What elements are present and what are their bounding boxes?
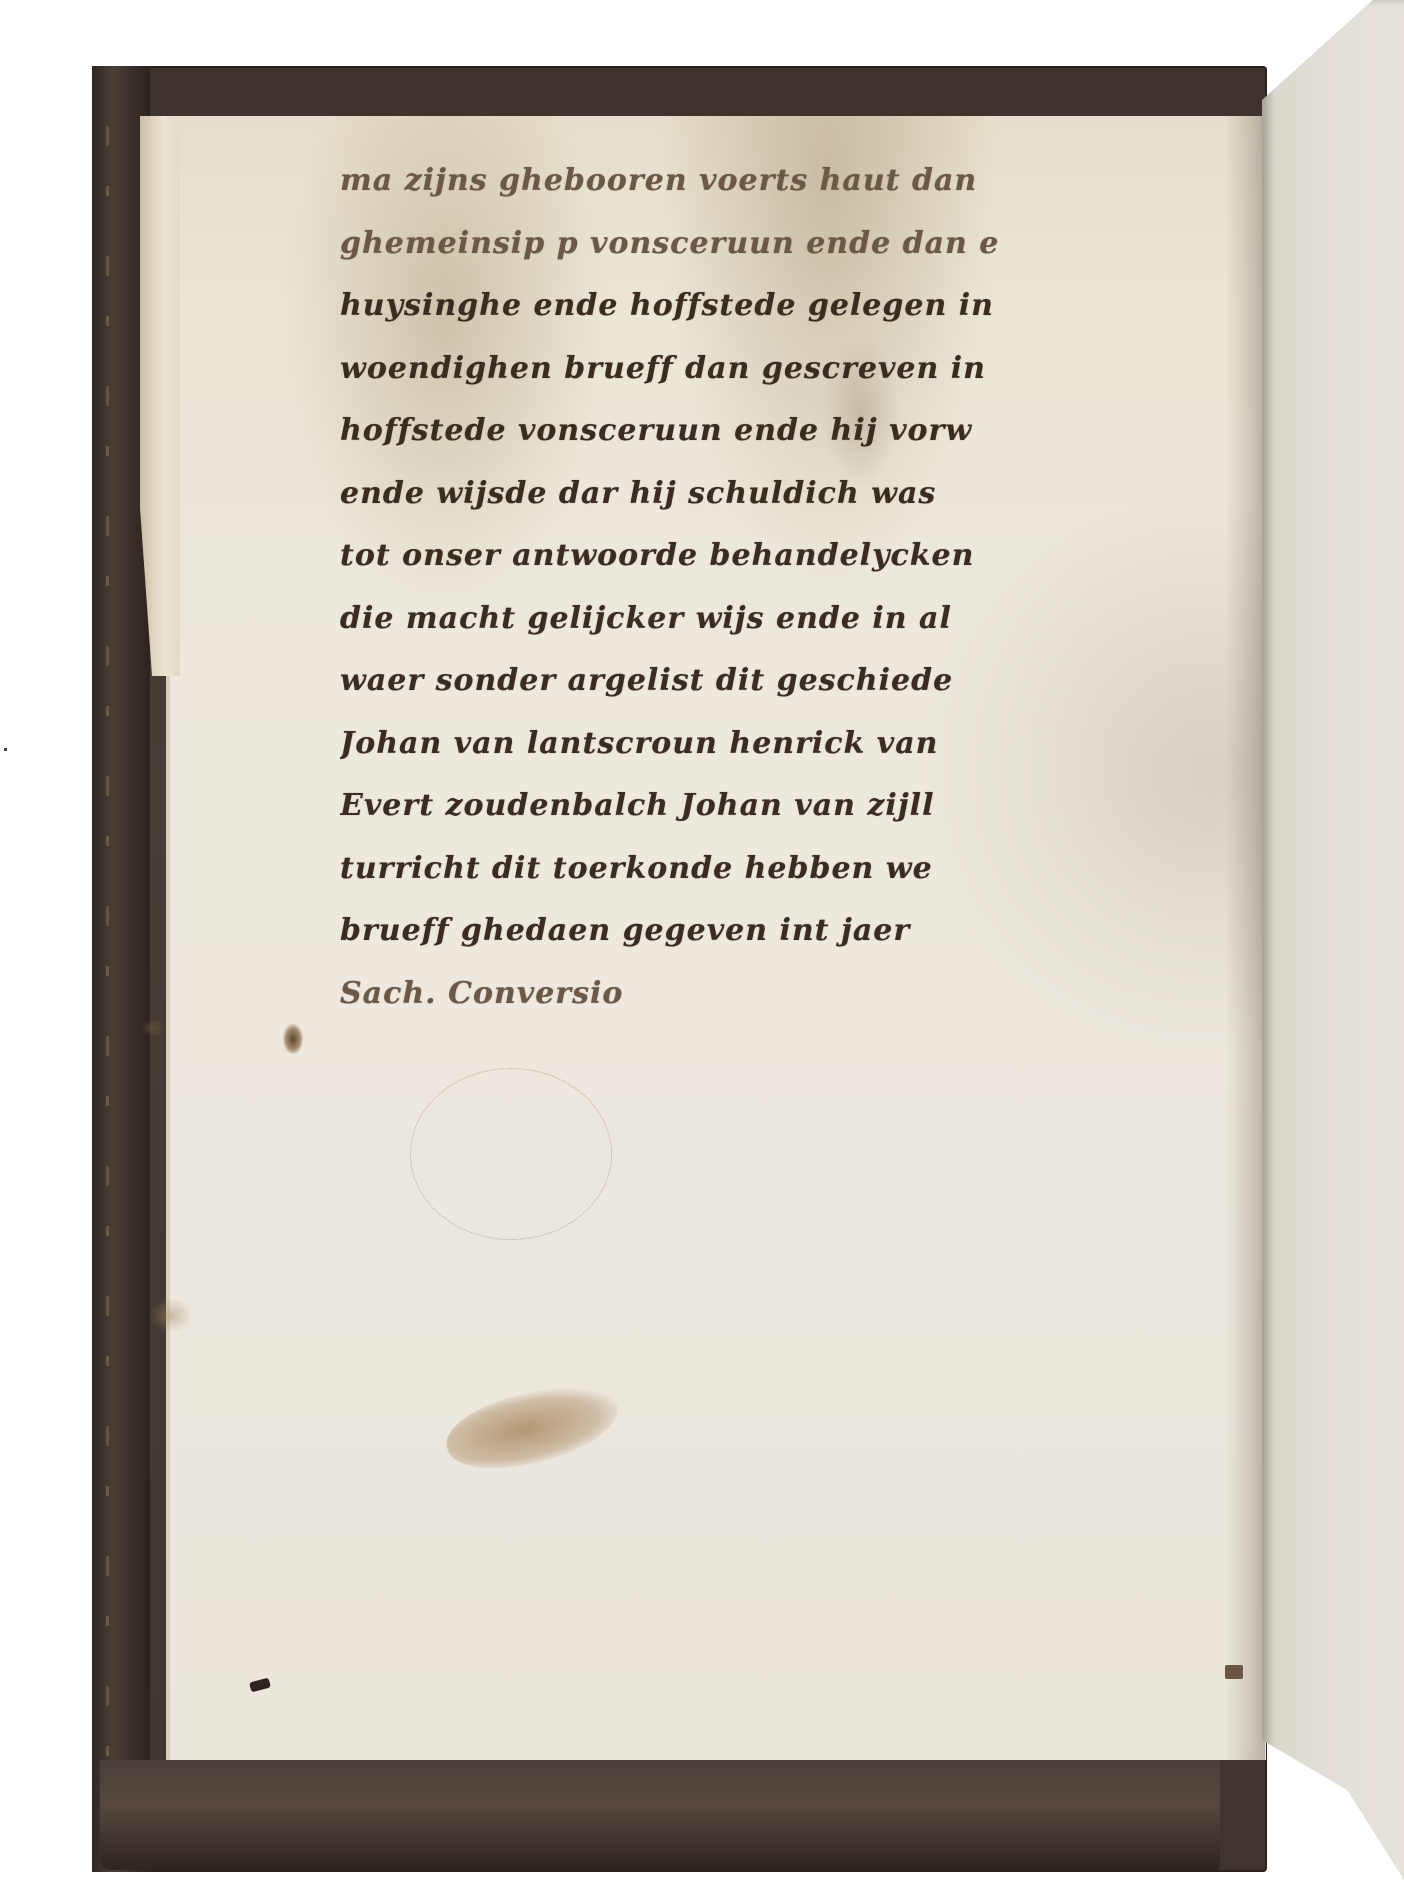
margin-stain xyxy=(140,1019,166,1037)
margin-ink-mark xyxy=(283,1024,303,1054)
manuscript-line: Evert zoudenbalch Johan van zijll xyxy=(340,775,1270,838)
manuscript-line: huysinghe ende hoffstede gelegen in xyxy=(340,275,1270,338)
manuscript-line: waer sonder argelist dit geschiede xyxy=(340,650,1270,713)
manuscript-text: ma zijns ghebooren voerts haut dan gheme… xyxy=(340,150,1270,1025)
manuscript-line: Johan van lantscroun henrick van xyxy=(340,713,1270,776)
manuscript-line: ende wijsde dar hij schuldich was xyxy=(340,463,1270,526)
manuscript-line: woendighen brueff dan gescreven in xyxy=(340,338,1270,401)
leather-bottom-turn-in xyxy=(100,1760,1220,1870)
pastedown-fold xyxy=(140,116,180,676)
flyleaf-page xyxy=(1262,0,1404,1890)
manuscript-line: hoffstede vonsceruun ende hij vorw xyxy=(340,400,1270,463)
circular-impression xyxy=(410,1068,612,1240)
manuscript-line-closing: Sach. Conversio xyxy=(340,963,640,1026)
tack-hole xyxy=(1225,1665,1243,1679)
manuscript-line: turricht dit toerkonde hebben we xyxy=(340,838,1270,901)
stray-dot xyxy=(4,748,7,751)
manuscript-line: ma zijns ghebooren voerts haut dan xyxy=(340,150,1270,213)
small-stain xyxy=(148,1298,193,1333)
manuscript-line: tot onser antwoorde behandelycken xyxy=(340,525,1270,588)
manuscript-line: brueff ghedaen gegeven int jaer xyxy=(340,900,1270,963)
manuscript-line: ghemeinsip p vonsceruun ende dan e xyxy=(340,213,1270,276)
manuscript-line: die macht gelijcker wijs ende in al xyxy=(340,588,1270,651)
